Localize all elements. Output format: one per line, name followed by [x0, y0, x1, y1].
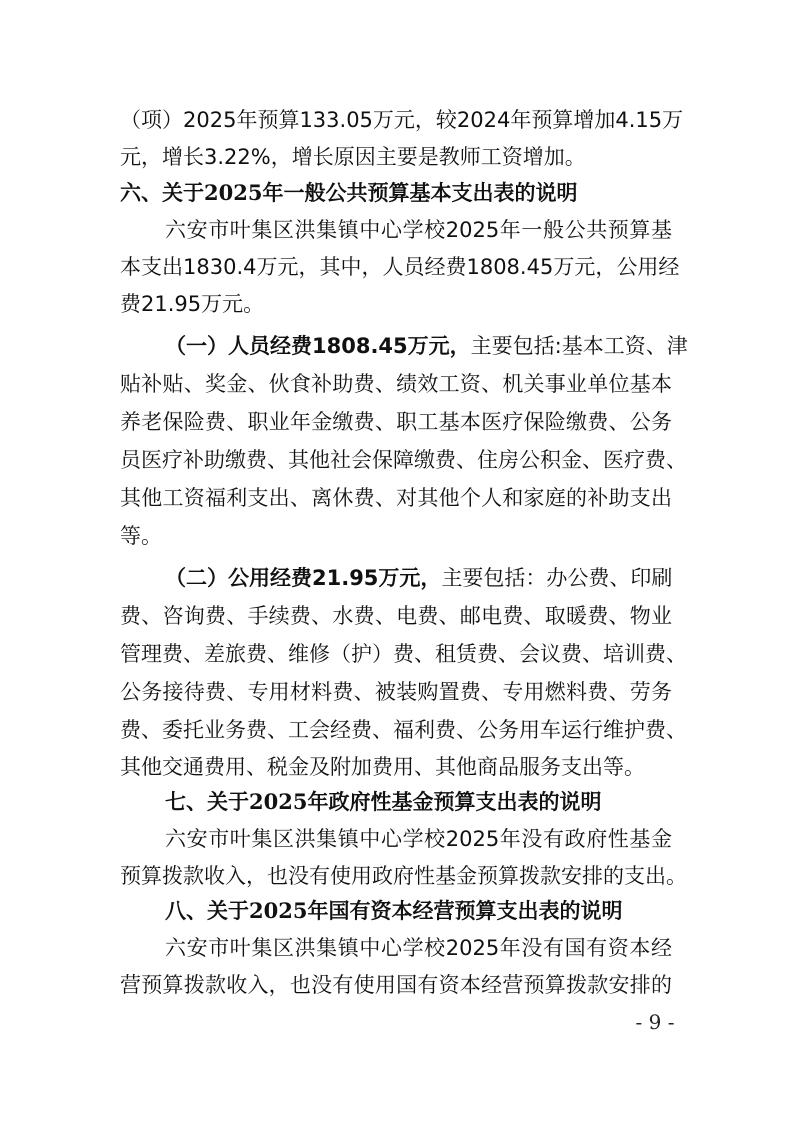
paragraph-line: （项）2025年预算133.05万元，较2024年预算增加4.15万 [120, 102, 672, 138]
paragraph-line-personnel: （一）人员经费1808.45万元，主要包括:基本工资、津 [165, 328, 672, 364]
paragraph-text: 主要包括：办公费、印刷 [441, 566, 672, 590]
paragraph-line: 费、委托业务费、工会经费、福利费、公务用车运行维护费、 [120, 712, 672, 748]
page-number: - 9 - [620, 1010, 690, 1034]
paragraph-line: 其他工资福利支出、离休费、对其他个人和家庭的补助支出 [120, 480, 672, 516]
document-page: （项）2025年预算133.05万元，较2024年预算增加4.15万 元，增长3… [0, 0, 793, 1122]
paragraph-line: 费21.95万元。 [120, 286, 672, 322]
subheading-personnel-expenses: （一）人员经费1808.45万元， [165, 334, 471, 358]
subheading-public-expenses: （二）公用经费21.95万元， [165, 566, 441, 590]
paragraph-line: 员医疗补助缴费、其他社会保障缴费、住房公积金、医疗费、 [120, 442, 672, 478]
paragraph-line: 营预算拨款收入，也没有使用国有资本经营预算拨款安排的 [120, 967, 672, 1003]
paragraph-line: 六安市叶集区洪集镇中心学校2025年没有国有资本经 [165, 930, 672, 966]
paragraph-line: 六安市叶集区洪集镇中心学校2025年一般公共预算基 [165, 212, 672, 248]
section-heading-8: 八、关于2025年国有资本经营预算支出表的说明 [165, 893, 672, 929]
paragraph-line: 其他交通费用、税金及附加费用、其他商品服务支出等。 [120, 749, 672, 785]
paragraph-line-public: （二）公用经费21.95万元，主要包括：办公费、印刷 [165, 560, 672, 596]
paragraph-line: 贴补贴、奖金、伙食补助费、绩效工资、机关事业单位基本 [120, 366, 672, 402]
paragraph-line: 养老保险费、职业年金缴费、职工基本医疗保险缴费、公务 [120, 404, 672, 440]
paragraph-line: 公务接待费、专用材料费、被装购置费、专用燃料费、劳务 [120, 674, 672, 710]
paragraph-line: 元，增长3.22%，增长原因主要是教师工资增加。 [120, 139, 672, 175]
paragraph-line: 等。 [120, 518, 672, 554]
paragraph-text: 主要包括:基本工资、津 [471, 334, 688, 358]
paragraph-line: 预算拨款收入，也没有使用政府性基金预算拨款安排的支出。 [120, 858, 672, 894]
paragraph-line: 费、咨询费、手续费、水费、电费、邮电费、取暖费、物业 [120, 598, 672, 634]
paragraph-line: 本支出1830.4万元，其中，人员经费1808.45万元，公用经 [120, 249, 672, 285]
paragraph-line: 管理费、差旅费、维修（护）费、租赁费、会议费、培训费、 [120, 636, 672, 672]
paragraph-line: 六安市叶集区洪集镇中心学校2025年没有政府性基金 [165, 821, 672, 857]
section-heading-7: 七、关于2025年政府性基金预算支出表的说明 [165, 784, 672, 820]
section-heading-6: 六、关于2025年一般公共预算基本支出表的说明 [120, 175, 672, 211]
